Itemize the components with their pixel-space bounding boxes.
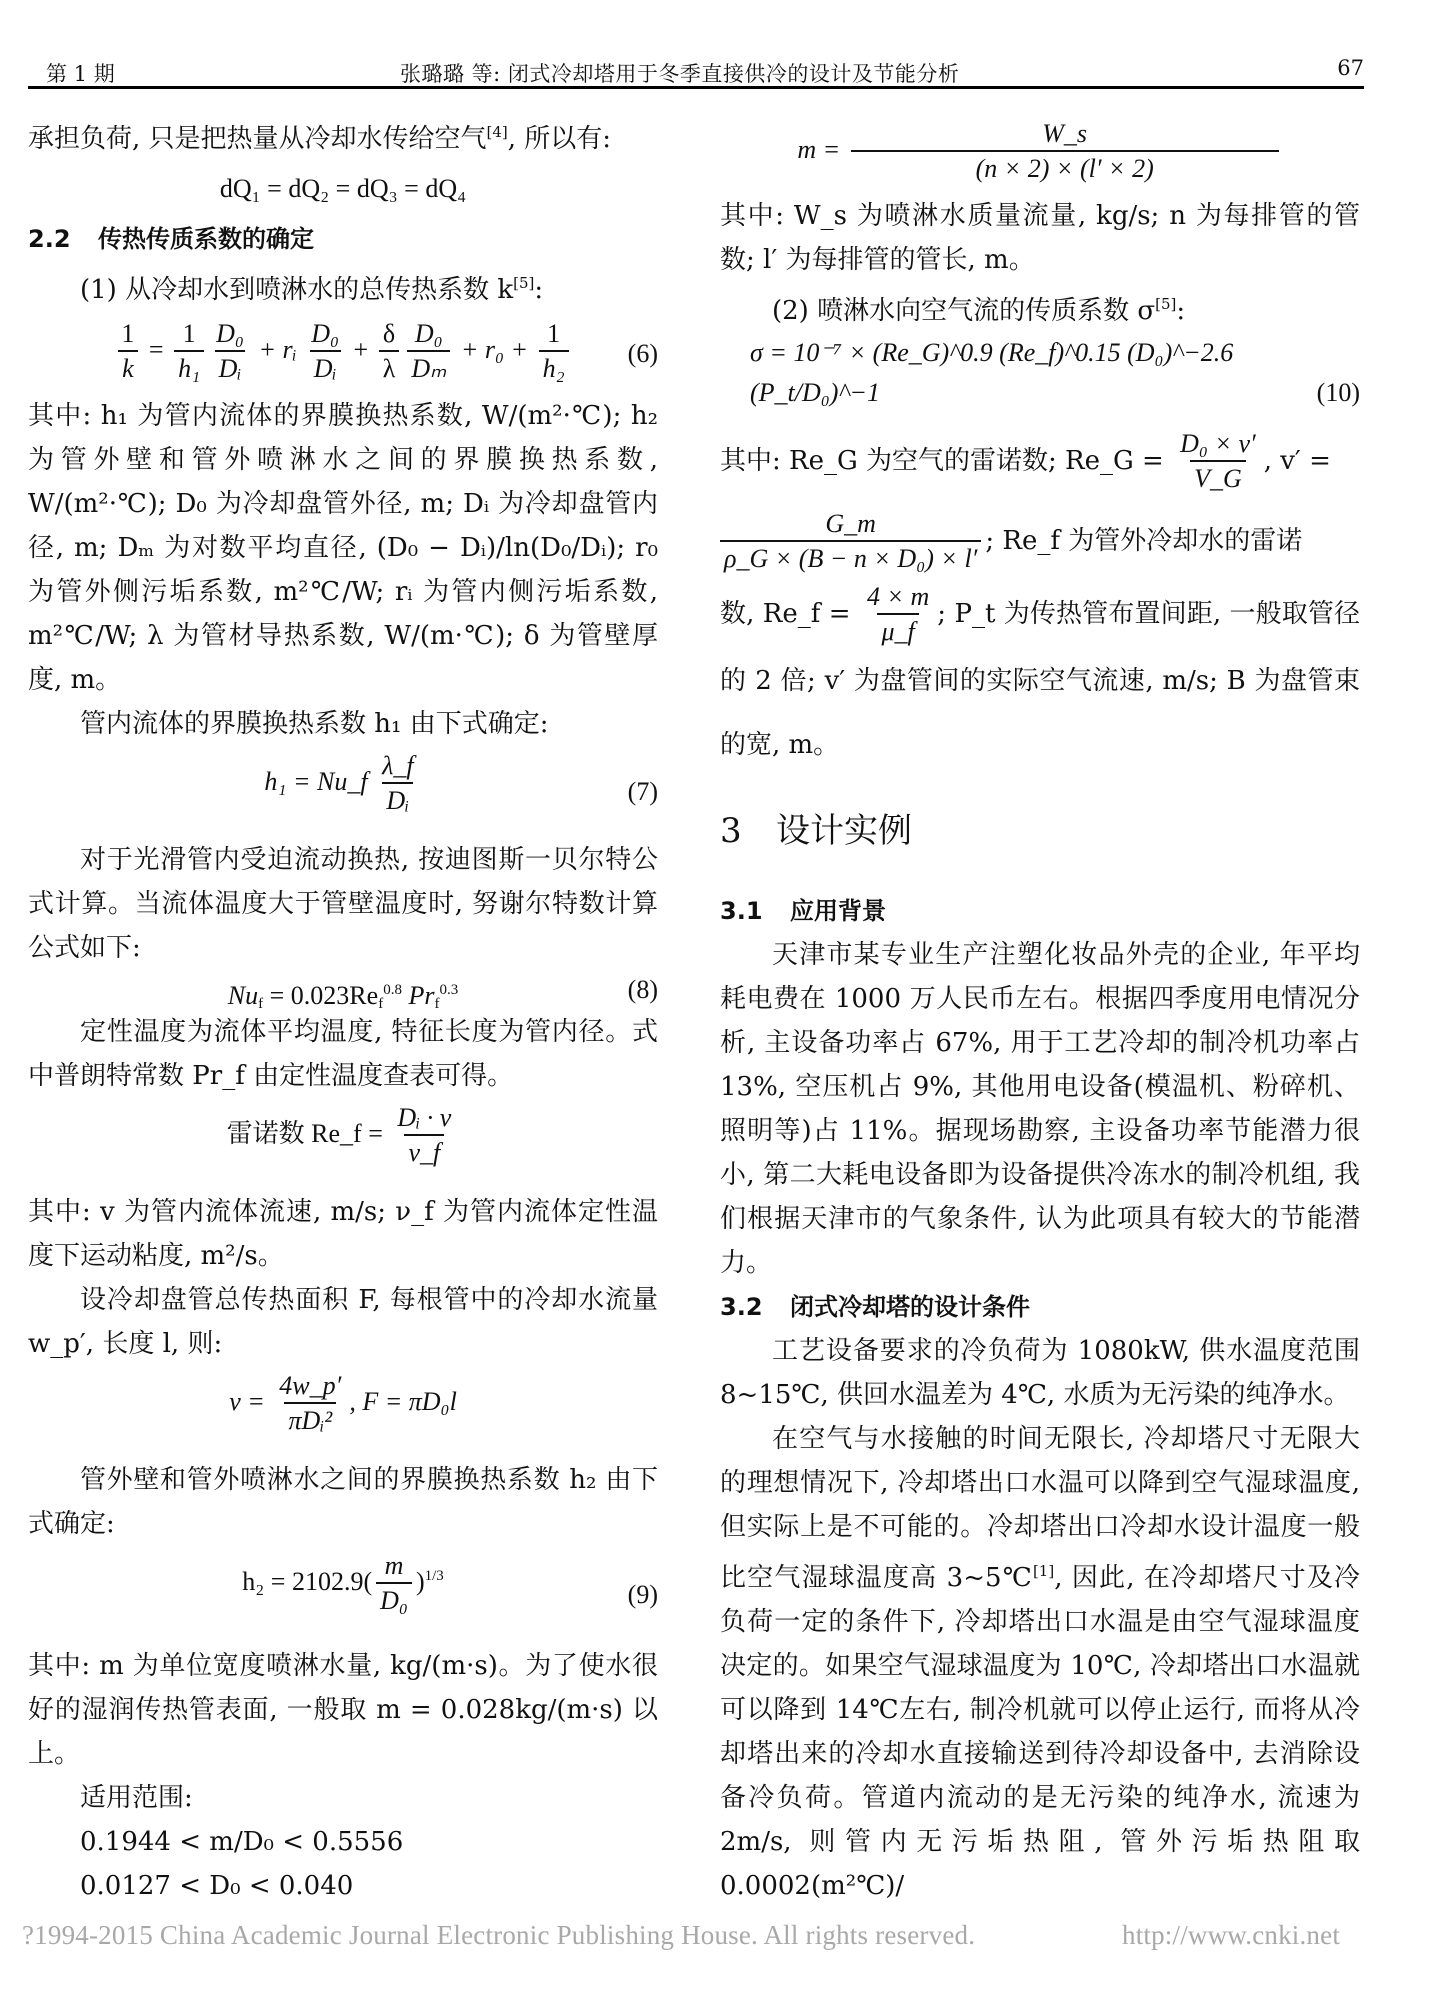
exponent: 0.8 bbox=[383, 982, 402, 998]
numerator: 1 bbox=[117, 318, 138, 350]
fraction: D₀ × v′V_G bbox=[1176, 428, 1260, 496]
denominator: h₂ bbox=[539, 350, 569, 386]
term: + r₀ + bbox=[461, 335, 528, 364]
section-title: 应用背景 bbox=[790, 897, 886, 925]
text: , 因此, 在冷却塔尺寸及冷负荷一定的条件下, 冷却塔出口水温是由空气湿球温度决… bbox=[720, 1563, 1360, 1901]
term: + rᵢ bbox=[258, 335, 296, 364]
equation-text: dQ₁ = dQ₂ = dQ₃ = dQ₄ bbox=[220, 174, 466, 203]
equation-velocity: v = 4w_p′πDᵢ², F = πD₀l bbox=[28, 1370, 658, 1454]
text: : bbox=[1176, 296, 1185, 326]
numerator: D₀ × v′ bbox=[1176, 428, 1260, 460]
citation[interactable]: [5] bbox=[513, 274, 534, 292]
equation-number: (6) bbox=[628, 339, 658, 369]
term: , F = πD₀l bbox=[349, 1387, 457, 1416]
numerator: D₀ bbox=[212, 318, 248, 350]
section-title: 传热传质系数的确定 bbox=[98, 225, 314, 253]
equation-number: (10) bbox=[1317, 378, 1360, 407]
fraction: D₀Dᵢ bbox=[307, 318, 343, 386]
paragraph: 其中: m 为单位宽度喷淋水量, kg/(m·s)。为了使水很好的湿润传热管表面… bbox=[28, 1644, 658, 1776]
copyright-watermark: ?1994-2015 China Academic Journal Electr… bbox=[22, 1920, 1422, 1951]
paragraph: 适用范围: bbox=[28, 1776, 658, 1820]
issue-label: 第 1 期 bbox=[46, 58, 115, 88]
numerator: m bbox=[381, 1550, 408, 1582]
fraction: G_mρ_G × (B − n × D₀) × l′ bbox=[720, 508, 981, 576]
denominator: λ bbox=[379, 350, 400, 386]
equation-10-number-row: (10) bbox=[720, 373, 1360, 413]
paragraph: 管内流体的界膜换热系数 h₁ 由下式确定: bbox=[28, 702, 658, 746]
section-heading-3: 3设计实例 bbox=[720, 801, 1360, 861]
numerator: δ bbox=[379, 318, 399, 350]
equation-10: σ = 10⁻⁷ × (Re_G)^0.9 (Re_f)^0.15 (D₀)^−… bbox=[720, 333, 1360, 373]
denominator: (n × 2) × (l′ × 2) bbox=[851, 150, 1279, 186]
paragraph: 数, Re_f = 4 × mμ_f; P_t 为传热管布置间距, 一般取管径的… bbox=[720, 581, 1360, 777]
section-number: 3 bbox=[720, 801, 776, 861]
citation[interactable]: [1] bbox=[1033, 1562, 1054, 1580]
numerator: 4w_p′ bbox=[275, 1370, 345, 1402]
term: = 0.023Re bbox=[270, 981, 379, 1010]
section-number: 2.2 bbox=[28, 217, 98, 261]
text: 承担负荷, 只是把热量从冷却水传给空气 bbox=[28, 124, 487, 154]
equation-8: Nuf = 0.023Ref0.8 Prf0.3 (8) bbox=[28, 970, 658, 1010]
subscript: f bbox=[378, 996, 383, 1012]
denominator: Dᵢ bbox=[382, 782, 413, 818]
term: Pr bbox=[408, 981, 434, 1010]
numerator: 4 × m bbox=[863, 581, 933, 613]
numerator: D₀ bbox=[307, 318, 343, 350]
term: Nu bbox=[228, 981, 258, 1010]
denominator: D₀ bbox=[376, 1582, 412, 1618]
fraction: Dᵢ · vν_f bbox=[393, 1102, 455, 1170]
running-header: 第 1 期 张璐璐 等: 闭式冷却塔用于冬季直接供冷的设计及节能分析 67 bbox=[28, 56, 1364, 89]
subscript: f bbox=[434, 996, 439, 1012]
range-condition: 0.0127 < D₀ < 0.040 bbox=[28, 1864, 658, 1908]
paragraph: 工艺设备要求的冷负荷为 1080kW, 供水温度范围 8~15℃, 供回水温差为… bbox=[720, 1329, 1360, 1417]
paragraph: (1) 从冷却水到喷淋水的总传热系数 k[5]: bbox=[28, 261, 658, 312]
paragraph: G_mρ_G × (B − n × D₀) × l′; Re_f 为管外冷却水的… bbox=[720, 501, 1360, 581]
subscript: f bbox=[258, 996, 263, 1012]
equation-7: h₁ = Nu_f λ_fDᵢ (7) bbox=[28, 750, 658, 834]
left-column: 承担负荷, 只是把热量从冷却水传给空气[4], 所以有: dQ₁ = dQ₂ =… bbox=[28, 110, 658, 1908]
fraction: 4 × mμ_f bbox=[863, 581, 933, 649]
paragraph: 其中: h₁ 为管内流体的界膜换热系数, W/(m²·℃); h₂ 为管外壁和管… bbox=[28, 394, 658, 702]
citation[interactable]: [4] bbox=[487, 123, 508, 141]
equation-m: m = W_s(n × 2) × (l′ × 2) bbox=[720, 118, 1360, 194]
exponent: 1/3 bbox=[425, 1568, 444, 1584]
range-condition: 0.1944 < m/D₀ < 0.5556 bbox=[28, 1820, 658, 1864]
equation-number: (8) bbox=[628, 970, 658, 1010]
section-number: 3.2 bbox=[720, 1285, 790, 1329]
denominator: k bbox=[118, 350, 138, 386]
denominator: ν_f bbox=[404, 1134, 444, 1170]
numerator: 1 bbox=[543, 318, 564, 350]
denominator: V_G bbox=[1190, 460, 1246, 496]
term: ) bbox=[416, 1567, 425, 1596]
paragraph: 设冷却盘管总传热面积 F, 每根管中的冷却水流量 w_p′, 长度 l, 则: bbox=[28, 1278, 658, 1366]
citation[interactable]: [5] bbox=[1155, 295, 1176, 313]
section-heading-3-1: 3.1应用背景 bbox=[720, 889, 1360, 933]
term: m = bbox=[797, 135, 840, 164]
denominator: Dₘ bbox=[407, 350, 450, 386]
paragraph: 其中: W_s 为喷淋水质量流量, kg/s; n 为每排管的管数; l′ 为每… bbox=[720, 194, 1360, 282]
paragraph: 其中: v 为管内流体流速, m/s; ν_f 为管内流体定性温度下运动粘度, … bbox=[28, 1190, 658, 1278]
numerator: D₀ bbox=[411, 318, 447, 350]
denominator: Dᵢ bbox=[310, 350, 341, 386]
fraction: 1h₁ bbox=[174, 318, 204, 386]
text: : bbox=[534, 275, 543, 305]
paragraph: (2) 喷淋水向空气流的传质系数 σ[5]: bbox=[720, 282, 1360, 333]
section-heading-2-2: 2.2传热传质系数的确定 bbox=[28, 217, 658, 261]
term: 雷诺数 Re_f = bbox=[227, 1119, 383, 1148]
fraction: 4w_p′πDᵢ² bbox=[275, 1370, 345, 1438]
fraction: λ_fDᵢ bbox=[378, 750, 417, 818]
paragraph: 承担负荷, 只是把热量从冷却水传给空气[4], 所以有: bbox=[28, 110, 658, 161]
denominator: μ_f bbox=[877, 613, 918, 649]
section-title: 闭式冷却塔的设计条件 bbox=[790, 1293, 1030, 1321]
fraction: D₀Dₘ bbox=[407, 318, 450, 386]
numerator: W_s bbox=[1038, 118, 1091, 150]
text: , v′ = bbox=[1264, 446, 1331, 476]
paragraph: 对于光滑管内受迫流动换热, 按迪图斯一贝尔特公式计算。当流体温度大于管壁温度时,… bbox=[28, 838, 658, 970]
equation-9: h₂ = 2102.9(mD₀)1/3 (9) bbox=[28, 1550, 658, 1640]
equation-dq: dQ₁ = dQ₂ = dQ₃ = dQ₄ bbox=[28, 161, 658, 217]
fraction: 1k bbox=[117, 318, 138, 386]
running-title: 张璐璐 等: 闭式冷却塔用于冬季直接供冷的设计及节能分析 bbox=[400, 58, 959, 88]
section-number: 3.1 bbox=[720, 889, 790, 933]
equation-number: (9) bbox=[628, 1580, 658, 1610]
fraction: mD₀ bbox=[376, 1550, 412, 1618]
term: h₂ = 2102.9( bbox=[242, 1567, 372, 1596]
exponent: 0.3 bbox=[439, 982, 458, 998]
term: v = bbox=[229, 1387, 265, 1416]
equation-6: 1k = 1h₁D₀Dᵢ + rᵢ D₀Dᵢ + δλD₀Dₘ + r₀ + 1… bbox=[28, 318, 658, 390]
fraction: δλ bbox=[379, 318, 400, 386]
fraction: 1h₂ bbox=[539, 318, 569, 386]
equation-reynolds: 雷诺数 Re_f = Dᵢ · vν_f bbox=[28, 1102, 658, 1186]
numerator: Dᵢ · v bbox=[393, 1102, 455, 1134]
denominator: h₁ bbox=[174, 350, 204, 386]
fraction: D₀Dᵢ bbox=[212, 318, 248, 386]
copyright-text: ?1994-2015 China Academic Journal Electr… bbox=[22, 1920, 975, 1950]
numerator: 1 bbox=[179, 318, 200, 350]
numerator: λ_f bbox=[378, 750, 417, 782]
paragraph: 管外壁和管外喷淋水之间的界膜换热系数 h₂ 由下式确定: bbox=[28, 1458, 658, 1546]
denominator: πDᵢ² bbox=[284, 1402, 336, 1438]
term: h₁ = Nu_f bbox=[264, 767, 367, 796]
fraction: W_s(n × 2) × (l′ × 2) bbox=[851, 118, 1279, 186]
section-heading-3-2: 3.2闭式冷却塔的设计条件 bbox=[720, 1285, 1360, 1329]
denominator: Dᵢ bbox=[215, 350, 246, 386]
denominator: ρ_G × (B − n × D₀) × l′ bbox=[720, 540, 981, 576]
right-column: m = W_s(n × 2) × (l′ × 2) 其中: W_s 为喷淋水质量… bbox=[720, 118, 1360, 1908]
paragraph: 其中: Re_G 为空气的雷诺数; Re_G = D₀ × v′V_G, v′ … bbox=[720, 421, 1360, 501]
text: , 所以有: bbox=[508, 124, 611, 154]
cnki-link[interactable]: http://www.cnki.net bbox=[1122, 1920, 1340, 1951]
text: (2) 喷淋水向空气流的传质系数 σ bbox=[772, 296, 1155, 326]
paragraph: 定性温度为流体平均温度, 特征长度为管内径。式中普朗特常数 Pr_f 由定性温度… bbox=[28, 1010, 658, 1098]
text: 数, Re_f = bbox=[720, 599, 851, 629]
section-title: 设计实例 bbox=[776, 811, 912, 851]
text: 其中: Re_G 为空气的雷诺数; Re_G = bbox=[720, 446, 1164, 476]
paragraph: 天津市某专业生产注塑化妆品外壳的企业, 年平均耗电费在 1000 万人民币左右。… bbox=[720, 933, 1360, 1285]
text: ; Re_f 为管外冷却水的雷诺 bbox=[985, 526, 1302, 556]
paragraph: 在空气与水接触的时间无限长, 冷却塔尺寸无限大的理想情况下, 冷却塔出口水温可以… bbox=[720, 1417, 1360, 1908]
equation-number: (7) bbox=[628, 777, 658, 807]
page-number: 67 bbox=[1337, 56, 1364, 80]
text: (1) 从冷却水到喷淋水的总传热系数 k bbox=[80, 275, 513, 305]
numerator: G_m bbox=[821, 508, 880, 540]
